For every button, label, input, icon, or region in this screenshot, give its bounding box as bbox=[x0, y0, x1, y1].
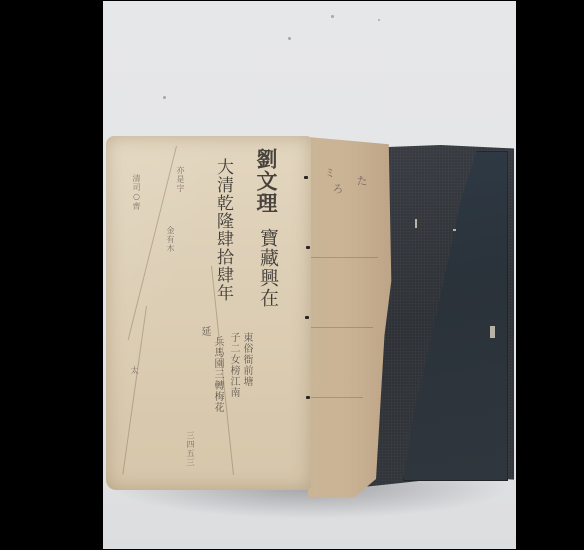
margin-note: 清司○齊 bbox=[132, 174, 140, 211]
margin-note: 三四五三 bbox=[186, 431, 194, 467]
page-crease bbox=[308, 397, 363, 398]
paper-crease bbox=[122, 306, 147, 474]
letterbox-frame: ミ ろ た 劉文理 寶藏興在 大清乾隆肆拾肆年 東俗衙前塘 子二女榜江南 兵馬園… bbox=[0, 0, 584, 550]
cover-note: 子二女榜江南 bbox=[228, 332, 238, 398]
cover-title: 劉文理 bbox=[256, 148, 277, 214]
cover-date-line: 大清乾隆肆拾肆年 bbox=[214, 158, 231, 302]
dust-speck bbox=[331, 15, 334, 18]
wormhole bbox=[304, 176, 308, 179]
margin-note: 亦是字 bbox=[176, 166, 184, 193]
cloth-lint bbox=[415, 219, 417, 228]
wormhole bbox=[305, 316, 309, 319]
wormhole bbox=[306, 246, 310, 249]
cover-subtitle: 寶藏興在 bbox=[258, 228, 277, 308]
cloth-lint bbox=[453, 229, 456, 231]
dust-speck bbox=[163, 96, 166, 99]
page-crease bbox=[308, 327, 373, 328]
book-cover: 劉文理 寶藏興在 大清乾隆肆拾肆年 東俗衙前塘 子二女榜江南 兵馬園三轉梅花 延… bbox=[106, 136, 311, 490]
wormhole bbox=[306, 396, 310, 399]
spine-mark: ろ bbox=[332, 183, 343, 195]
dust-speck bbox=[378, 19, 380, 21]
photograph: ミ ろ た 劉文理 寶藏興在 大清乾隆肆拾肆年 東俗衙前塘 子二女榜江南 兵馬園… bbox=[103, 1, 516, 549]
cover-note: 東俗衙前塘 bbox=[241, 332, 251, 387]
cover-note: 兵馬園三轉梅花 bbox=[212, 336, 222, 413]
margin-note: 金有木 bbox=[166, 226, 174, 253]
page-crease bbox=[308, 257, 378, 258]
dust-speck bbox=[288, 37, 291, 40]
spine-mark: た bbox=[356, 175, 367, 187]
spine-mark: ミ bbox=[324, 167, 335, 179]
cover-note: 延 bbox=[199, 326, 209, 337]
cloth-patch bbox=[490, 326, 495, 338]
margin-note: 太 bbox=[130, 366, 138, 375]
